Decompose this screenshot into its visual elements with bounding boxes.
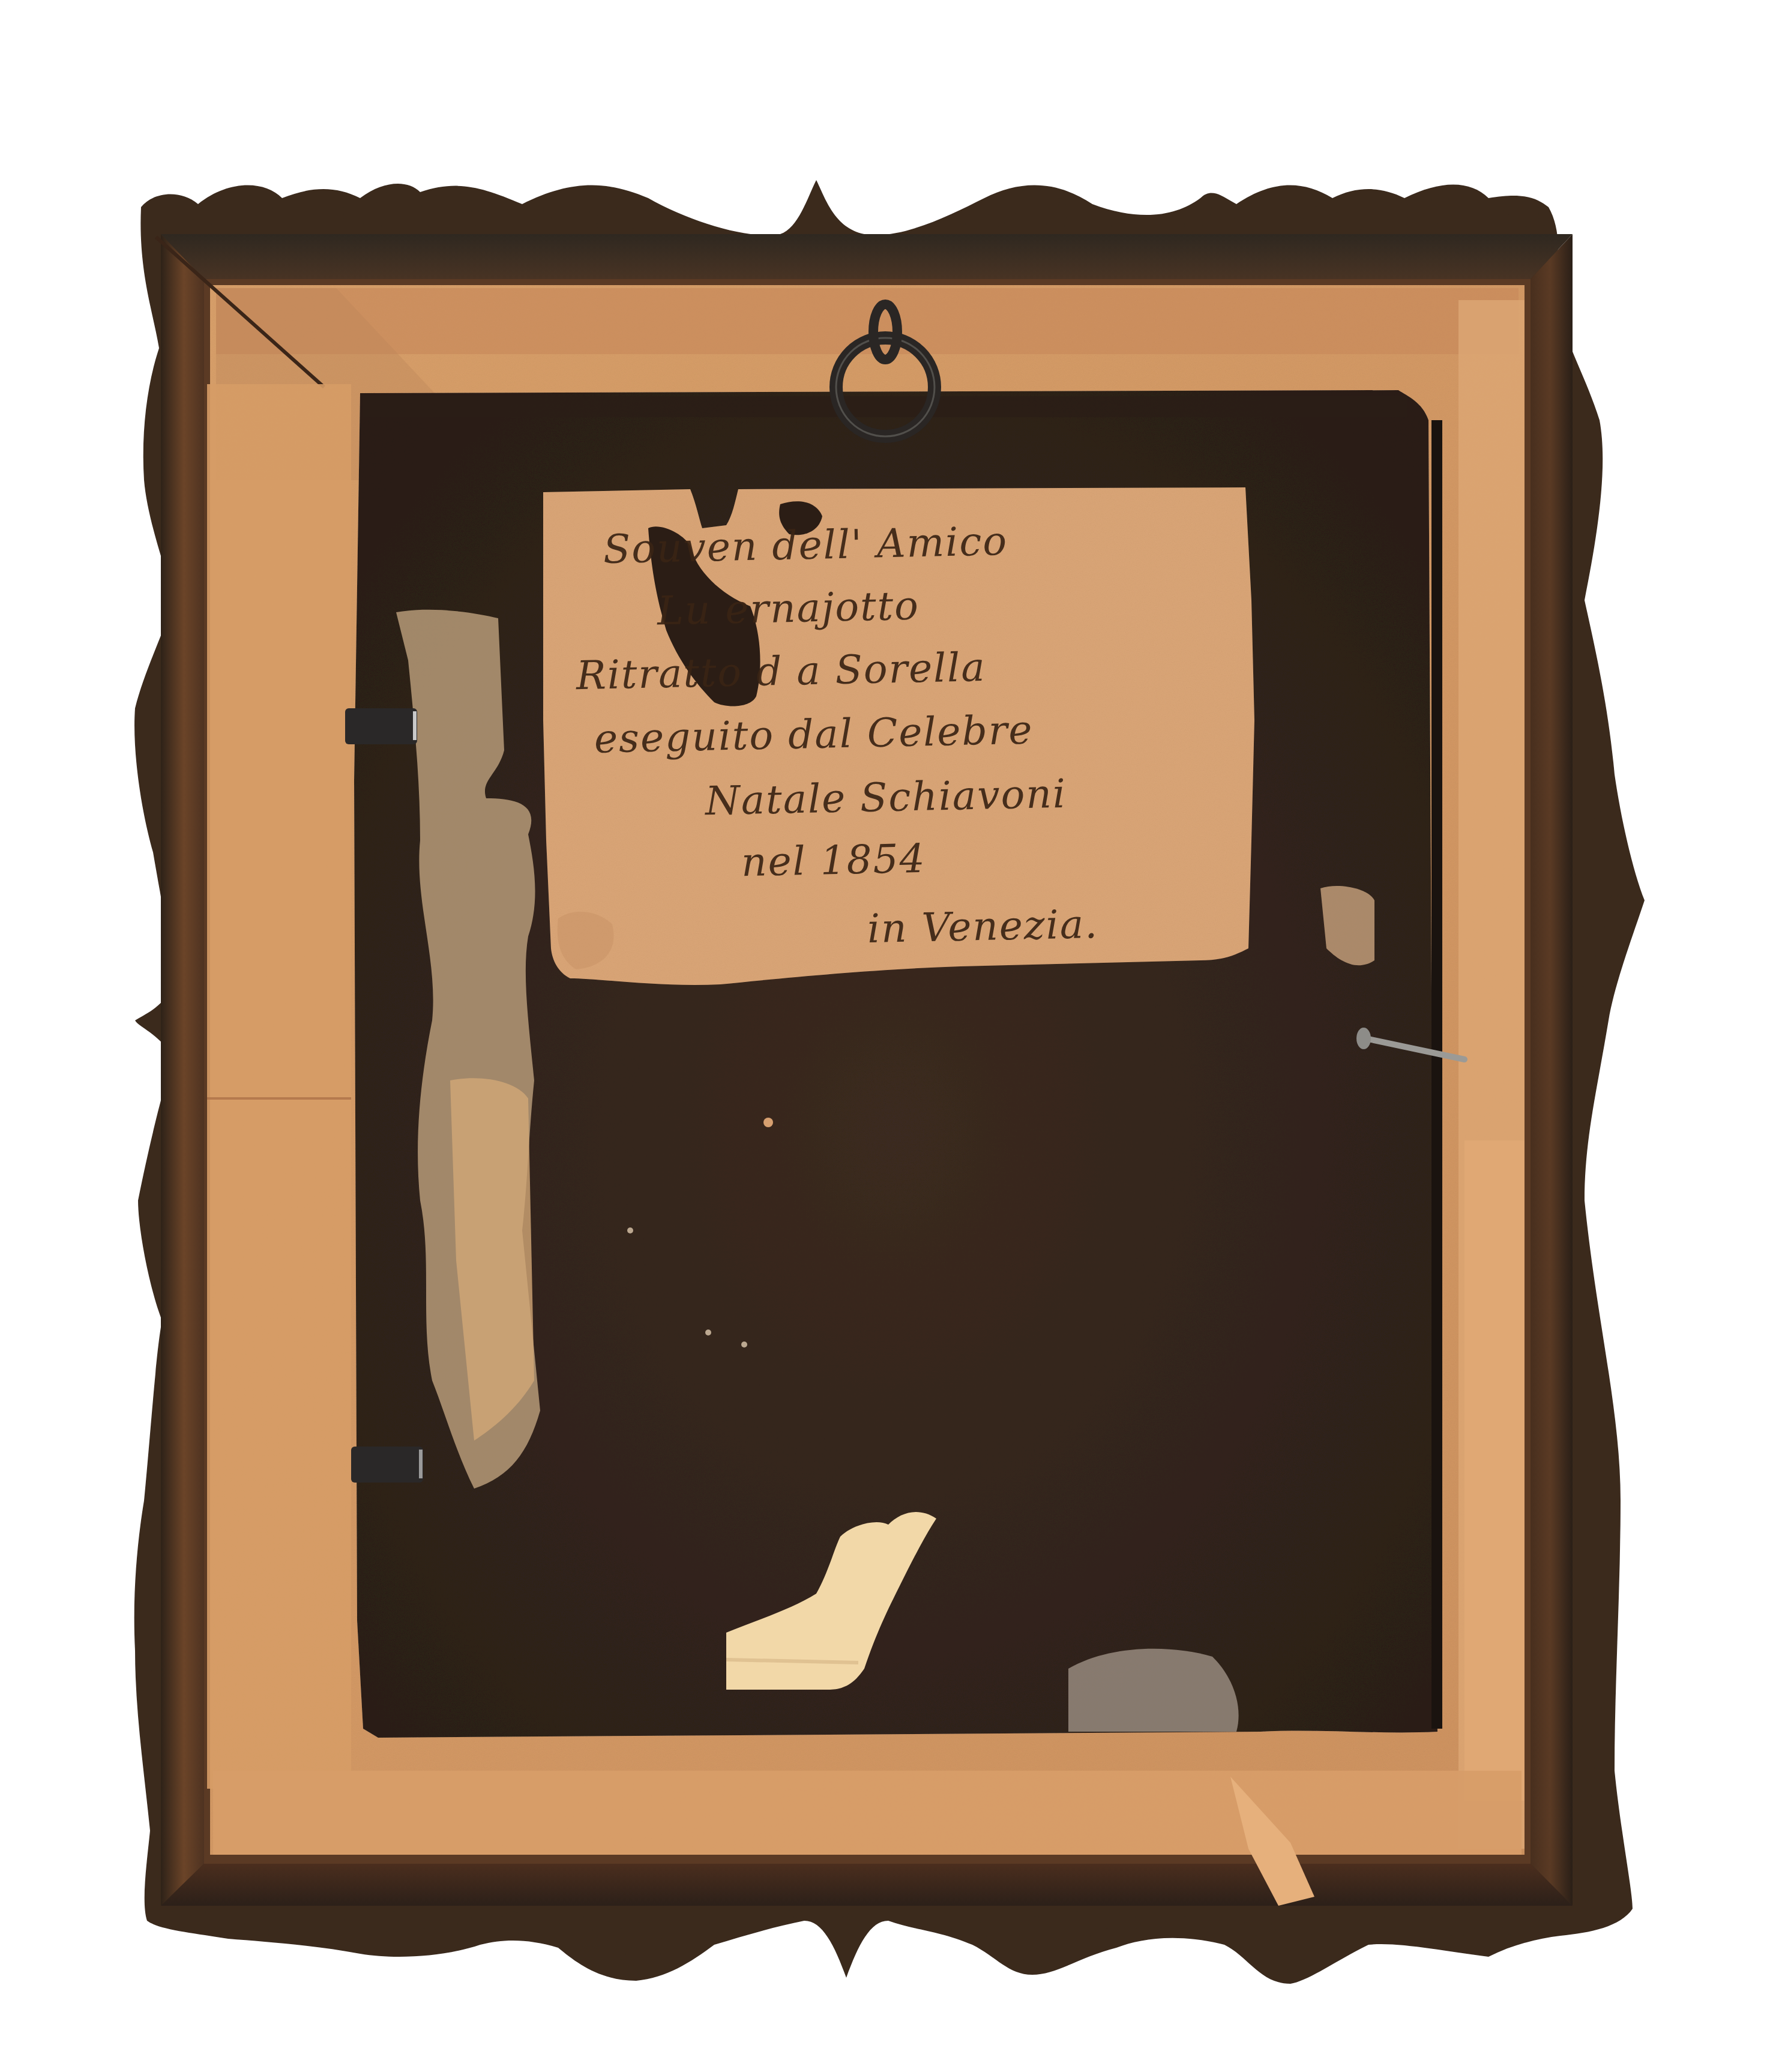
label-line-6: nel 1854 — [741, 836, 926, 885]
frame-side-top — [161, 234, 1573, 282]
retaining-clip-lower — [351, 1447, 423, 1483]
handwritten-label: Souven dell' Amico Lu ernajotto Ritratto… — [543, 489, 1254, 993]
label-line-3: Ritratto d a Sorella — [576, 644, 986, 699]
retaining-clip-upper — [345, 708, 417, 744]
frame-back-photo — [0, 0, 1788, 2072]
label-line-2: Lu ernajotto — [657, 582, 920, 634]
frame-side-right — [1528, 234, 1573, 1906]
label-line-5: Natale Schiavoni — [705, 771, 1067, 825]
frame-side-left — [161, 234, 207, 1906]
label-line-1: Souven dell' Amico — [603, 518, 1008, 573]
label-line-4: eseguito dal Celebre — [594, 706, 1034, 762]
photo-stage: Souven dell' Amico Lu ernajotto Ritratto… — [0, 0, 1788, 2072]
frame-side-bottom — [161, 1861, 1573, 1906]
label-line-7: in Venezia. — [867, 901, 1099, 952]
